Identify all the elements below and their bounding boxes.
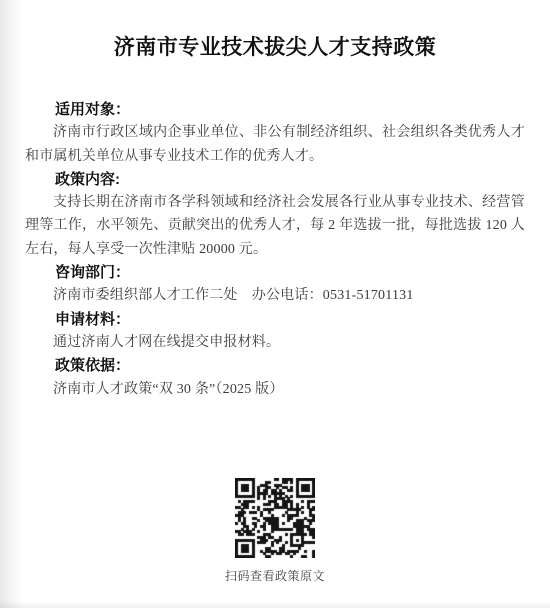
section-paragraph: 济南市委组织部人才工作二处 办公电话：0531-51701131 (25, 284, 525, 307)
section-paragraph: 通过济南人才网在线提交申报材料。 (25, 331, 525, 354)
section-heading: 申请材料： (25, 308, 525, 331)
policy-sections: 适用对象：济南市行政区域内企事业单位、非公有制经济组织、社会组织各类优秀人才和市… (25, 98, 525, 401)
section-paragraph: 支持长期在济南市各学科领域和经济社会发展各行业从事专业技术、经营管理等工作，水平… (25, 191, 525, 261)
page-title: 济南市专业技术拔尖人才支持政策 (0, 0, 550, 61)
section-heading: 政策内容: (25, 168, 525, 191)
section-paragraph: 济南市人才政策“双 30 条”（2025 版） (25, 378, 525, 401)
section-paragraph: 济南市行政区域内企事业单位、非公有制经济组织、社会组织各类优秀人才和市属机关单位… (25, 121, 525, 168)
qr-caption: 扫码查看政策原文 (0, 567, 550, 584)
policy-document-page: 济南市专业技术拔尖人才支持政策 适用对象：济南市行政区域内企事业单位、非公有制经… (0, 0, 550, 608)
qr-code-image (235, 478, 315, 558)
section-heading: 适用对象： (25, 98, 525, 121)
qr-section: 扫码查看政策原文 (0, 478, 550, 584)
page-edge-shadow-bottom (0, 601, 550, 608)
section-heading: 咨询部门： (25, 261, 525, 284)
section-heading: 政策依据： (25, 354, 525, 377)
